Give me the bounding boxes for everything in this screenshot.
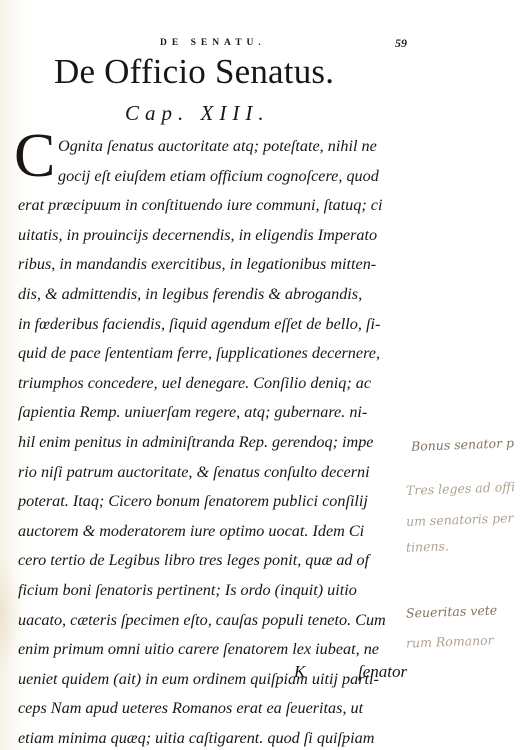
text-line: ſapientia Remp. uniuerſam regere, atq; g…	[18, 398, 410, 428]
text-line: Ognita ſenatus auctoritate atq; poteſtat…	[18, 132, 410, 162]
text-line: erat præcipuum in conſtituendo iure comm…	[18, 191, 410, 221]
book-page: De senatu. 59 De Officio Senatus. Cap. X…	[0, 0, 525, 750]
text-line: rio niſi patrum auctoritate, & ſenatus c…	[18, 458, 410, 488]
text-line: dis, & admittendis, in legibus ferendis …	[18, 280, 410, 310]
signature-mark: K	[294, 662, 305, 682]
text-line: triumphos concedere, uel denegare. Conſi…	[18, 369, 410, 399]
text-line: poterat. Itaq; Cicero bonum ſenatorem pu…	[18, 487, 410, 517]
text-line: enim primum omni uitio carere ſenatorem …	[18, 635, 410, 665]
text-line: uacato, cæteris ſpecimen eſto, cauſas po…	[18, 606, 410, 636]
text-line: auctorem & moderatorem iure optimo uocat…	[18, 517, 410, 547]
text-line: uitatis, in prouincijs decernendis, in e…	[18, 221, 410, 251]
text-line: ribus, in mandandis exercitibus, in lega…	[18, 250, 410, 280]
body-text: Ognita ſenatus auctoritate atq; poteſtat…	[18, 132, 410, 750]
text-line: hil enim penitus in adminiſtranda Rep. g…	[18, 428, 410, 458]
text-line: gocij eſt eiuſdem etiam officium cognoſc…	[18, 162, 410, 192]
page-number: 59	[395, 36, 407, 51]
text-line: ficium boni ſenatoris pertinent; Is ordo…	[18, 576, 410, 606]
margin-note: rum Romanor	[406, 632, 494, 650]
text-line: etiam minima quæq; uitia caſtigarent. qu…	[18, 724, 410, 750]
margin-note: Seueritas vete	[406, 602, 498, 620]
text-line: cero tertio de Legibus libro tres leges …	[18, 546, 410, 576]
margin-note: Bonus senator p	[411, 435, 514, 454]
margin-note: um senatoris per	[406, 510, 514, 529]
margin-note: Tres leges ad offi	[406, 479, 516, 498]
running-head: De senatu.	[160, 38, 266, 48]
text-line: quid de pace ſententiam ferre, ſupplicat…	[18, 339, 410, 369]
chapter-title: De Officio Senatus.	[54, 52, 334, 92]
catchword: ſenator	[358, 662, 407, 682]
margin-note: tinens.	[406, 538, 449, 554]
text-line: in fœderibus faciendis, ſiquid agendum e…	[18, 310, 410, 340]
chapter-number: Cap. XIII.	[125, 101, 270, 126]
text-line: ceps Nam apud ueteres Romanos erat ea ſe…	[18, 694, 410, 724]
text-line: ueniet quidem (ait) in eum ordinem quiſp…	[18, 665, 410, 695]
